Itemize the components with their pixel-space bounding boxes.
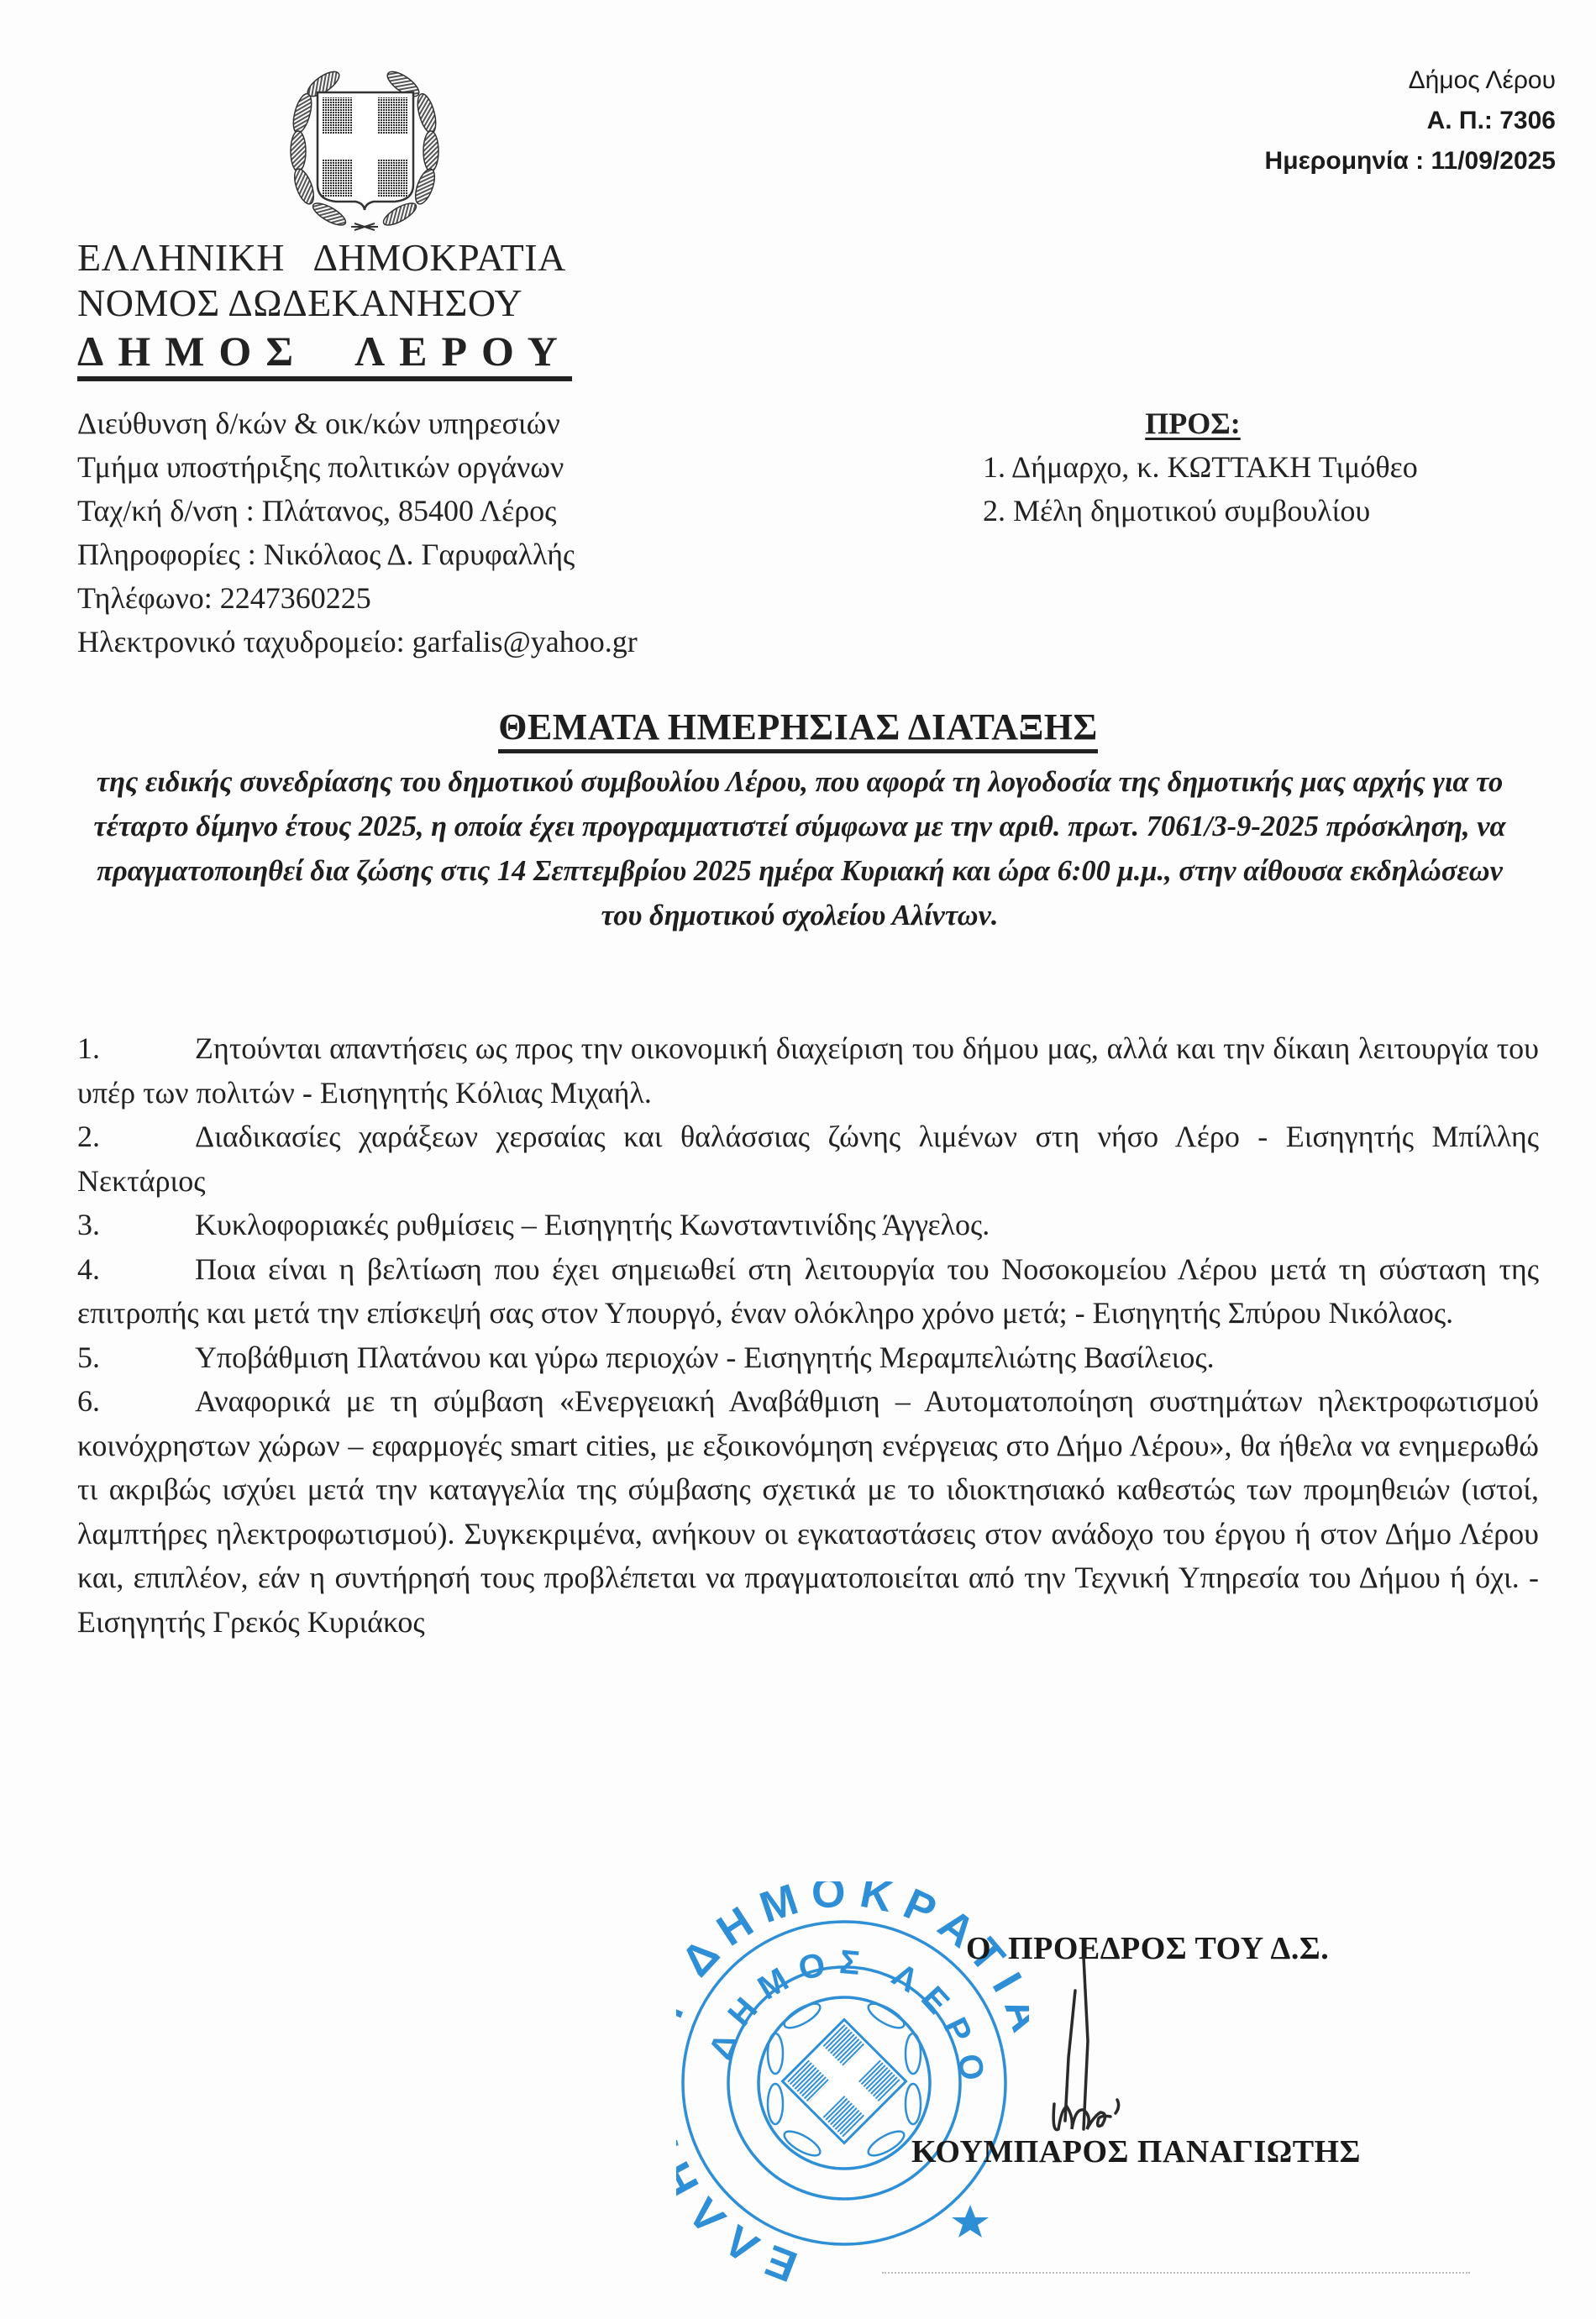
reference-block: Δήμος Λέρου Α. Π.: 7306 Ημερομηνία : 11/… — [1265, 60, 1556, 181]
greek-coat-of-arms-icon — [277, 59, 454, 235]
municipality-name: ΔΗΜΟΣ ΛΕΡΟΥ — [77, 328, 572, 381]
letterhead: ΕΛΛΗΝΙΚΗ ΔΗΜΟΚΡΑΤΙΑ ΝΟΜΟΣ ΔΩΔΕΚΑΝΗΣΟΥ ΔΗ… — [77, 235, 572, 381]
info-line: Τμήμα υποστήριξης πολιτικών οργάνων — [77, 445, 638, 489]
document-intro: της ειδικής συνεδρίασης του δημοτικού συ… — [77, 760, 1522, 938]
agenda-item: 1.Ζητούνται απαντήσεις ως προς την οικον… — [77, 1026, 1539, 1115]
department-info: Διεύθυνση δ/κών & οικ/κών υπηρεσιών Τμήμ… — [77, 401, 638, 664]
info-line: Τηλέφωνο: 2247360225 — [77, 576, 638, 620]
country-name: ΕΛΛΗΝΙΚΗ ΔΗΜΟΚΡΑΤΙΑ — [77, 235, 572, 281]
recipients-title: ΠΡΟΣ: — [1067, 401, 1319, 445]
agenda-item: 2.Διαδικασίες χαράξεων χερσαίας και θαλά… — [77, 1115, 1539, 1203]
issuer: Δήμος Λέρου — [1265, 60, 1556, 101]
agenda-item: 3.Κυκλοφοριακές ρυθμίσεις – Εισηγητής Κω… — [77, 1203, 1539, 1247]
agenda-item: 5.Υποβάθμιση Πλατάνου και γύρω περιοχών … — [77, 1335, 1539, 1380]
document-date: Ημερομηνία : 11/09/2025 — [1265, 141, 1556, 181]
scan-artifact-line — [882, 2272, 1470, 2274]
recipients-block: ΠΡΟΣ: 1. Δήμαρχο, κ. ΚΩΤΤΑΚΗ Τιμόθεο 2. … — [983, 401, 1418, 533]
info-line: Πληροφορίες : Νικόλαος Δ. Γαρυφαλλής — [77, 533, 638, 576]
info-line-email: Ηλεκτρονικό ταχυδρομείο: garfalis@yahoo.… — [77, 620, 638, 664]
recipient-item: 1. Δήμαρχο, κ. ΚΩΤΤΑΚΗ Τιμόθεο — [983, 445, 1418, 489]
signatory-name: ΚΟΥΜΠΑΡΟΣ ΠΑΝΑΓΙΩΤΗΣ — [911, 2133, 1361, 2170]
agenda-item: 6.Αναφορικά με τη σύμβαση «Ενεργειακή Αν… — [77, 1379, 1539, 1644]
recipient-item: 2. Μέλη δημοτικού συμβουλίου — [983, 489, 1418, 533]
protocol-number: Α. Π.: 7306 — [1265, 101, 1556, 141]
agenda-list: 1.Ζητούνται απαντήσεις ως προς την οικον… — [77, 1026, 1539, 1644]
info-line: Ταχ/κή δ/νση : Πλάτανος, 85400 Λέρος — [77, 489, 638, 533]
handwritten-signature-icon — [1050, 1957, 1218, 2150]
info-line: Διεύθυνση δ/κών & οικ/κών υπηρεσιών — [77, 401, 638, 445]
document-title: ΘΕΜΑΤΑ ΗΜΕΡΗΣΙΑΣ ΔΙΑΤΑΞΗΣ — [0, 706, 1596, 748]
prefecture-name: ΝΟΜΟΣ ΔΩΔΕΚΑΝΗΣΟΥ — [77, 281, 572, 326]
agenda-item: 4.Ποια είναι η βελτίωση που έχει σημειωθ… — [77, 1247, 1539, 1335]
